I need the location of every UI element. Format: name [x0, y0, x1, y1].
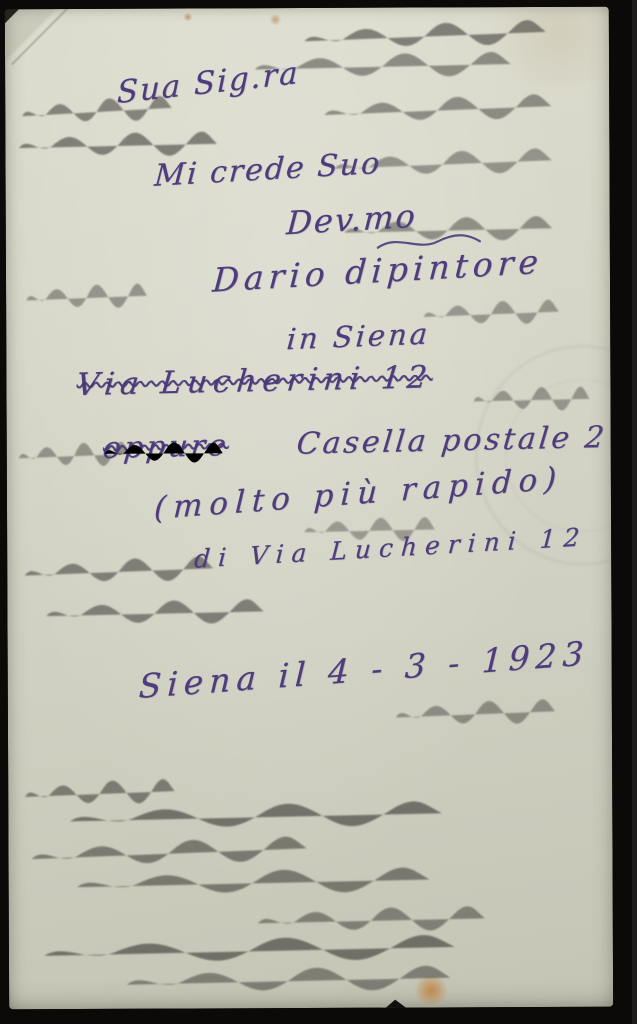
stain [183, 13, 193, 22]
scanned-letter-page: Sua Sig.ra Mi crede Suo Dev.mo Dario dip… [0, 0, 637, 1024]
bottom-edge-chip [381, 1000, 411, 1010]
stain [269, 14, 282, 25]
bleedthrough-ghost-line [37, 932, 462, 967]
struck-word-oppure: oppure [101, 428, 230, 466]
handwriting-gap [228, 454, 296, 455]
corner-fold [5, 9, 57, 61]
bleedthrough-ghost-line [254, 903, 490, 934]
handwritten-line-struck-address: Via Lucherini 12 [75, 359, 435, 403]
handwritten-line-closing: Mi crede Suo [153, 146, 382, 194]
bleedthrough-ghost-line [300, 17, 551, 53]
bleedthrough-ghost-line [26, 833, 312, 870]
bleedthrough-ghost-line [121, 962, 456, 995]
postal-box-text: Casella postale 2 [295, 420, 609, 462]
bleedthrough-ghost-line [63, 798, 448, 832]
paper-sheet: Sua Sig.ra Mi crede Suo Dev.mo Dario dip… [5, 7, 613, 1010]
bleedthrough-ghost-line [70, 864, 435, 898]
bleedthrough-ghost-line [42, 596, 268, 627]
stain [413, 975, 449, 1005]
bleedthrough-ghost-line [320, 91, 556, 126]
bleedthrough-ghost-line [15, 129, 221, 159]
bleedthrough-ghost-line [24, 281, 150, 312]
bleedthrough-ghost-line [22, 776, 178, 808]
bleedthrough-ghost-line [21, 553, 217, 587]
bleedthrough-ghost-line [392, 696, 558, 728]
handwritten-line-signature: Dario dipintore [211, 242, 544, 300]
scan-edge-strip [632, 0, 637, 1024]
handwritten-line-address-reference: di Via Lucherini 12 [193, 522, 588, 573]
stain [475, 7, 613, 88]
handwritten-line-dateline: Siena il 4 - 3 - 1923 [138, 633, 591, 706]
handwritten-line-signature-place: in Siena [285, 316, 431, 356]
handwritten-line-salutation: Sua Sig.ra [117, 55, 300, 111]
bleedthrough-ghost-line [421, 296, 562, 327]
handwritten-line-devmo: Dev.mo [285, 197, 418, 243]
